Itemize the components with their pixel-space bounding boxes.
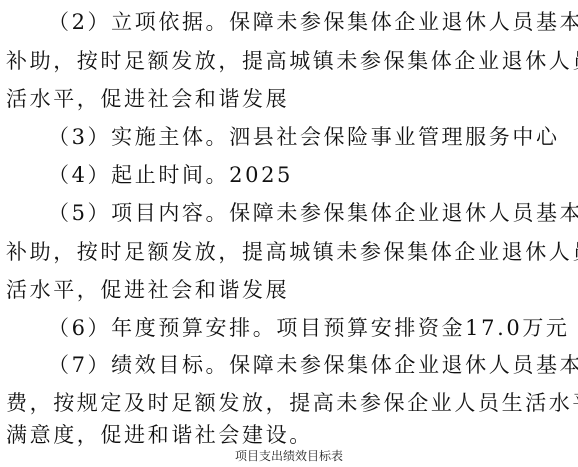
table-caption: 项目支出绩效目标表 [0, 448, 578, 464]
paragraph-5-line-1: （5）项目内容。保障未参保集体企业退休人员基本生活 [48, 201, 578, 225]
paragraph-6-line-1: （6）年度预算安排。项目预算安排资金17.0万元 [48, 316, 570, 340]
paragraph-4-line-1: （4）起止时间。2025 [48, 163, 293, 187]
paragraph-7-line-1: （7）绩效目标。保障未参保集体企业退休人员基本生活 [48, 353, 578, 377]
paragraph-5-line-3: 活水平，促进社会和谐发展 [6, 278, 289, 302]
paragraph-2-line-2: 补助，按时足额发放，提高城镇未参保集体企业退休人员生 [6, 49, 578, 73]
paragraph-2-line-1: （2）立项依据。保障未参保集体企业退休人员基本生活 [48, 10, 578, 34]
paragraph-7-line-3: 满意度，促进和谐社会建设。 [6, 423, 313, 447]
paragraph-2-line-3: 活水平，促进社会和谐发展 [6, 87, 289, 111]
paragraph-7-line-2: 费，按规定及时足额发放，提高未参保企业人员生活水平及 [6, 391, 578, 415]
paragraph-3-line-1: （3）实施主体。泗县社会保险事业管理服务中心 [48, 125, 560, 149]
paragraph-5-line-2: 补助，按时足额发放，提高城镇未参保集体企业退休人员生 [6, 240, 578, 264]
